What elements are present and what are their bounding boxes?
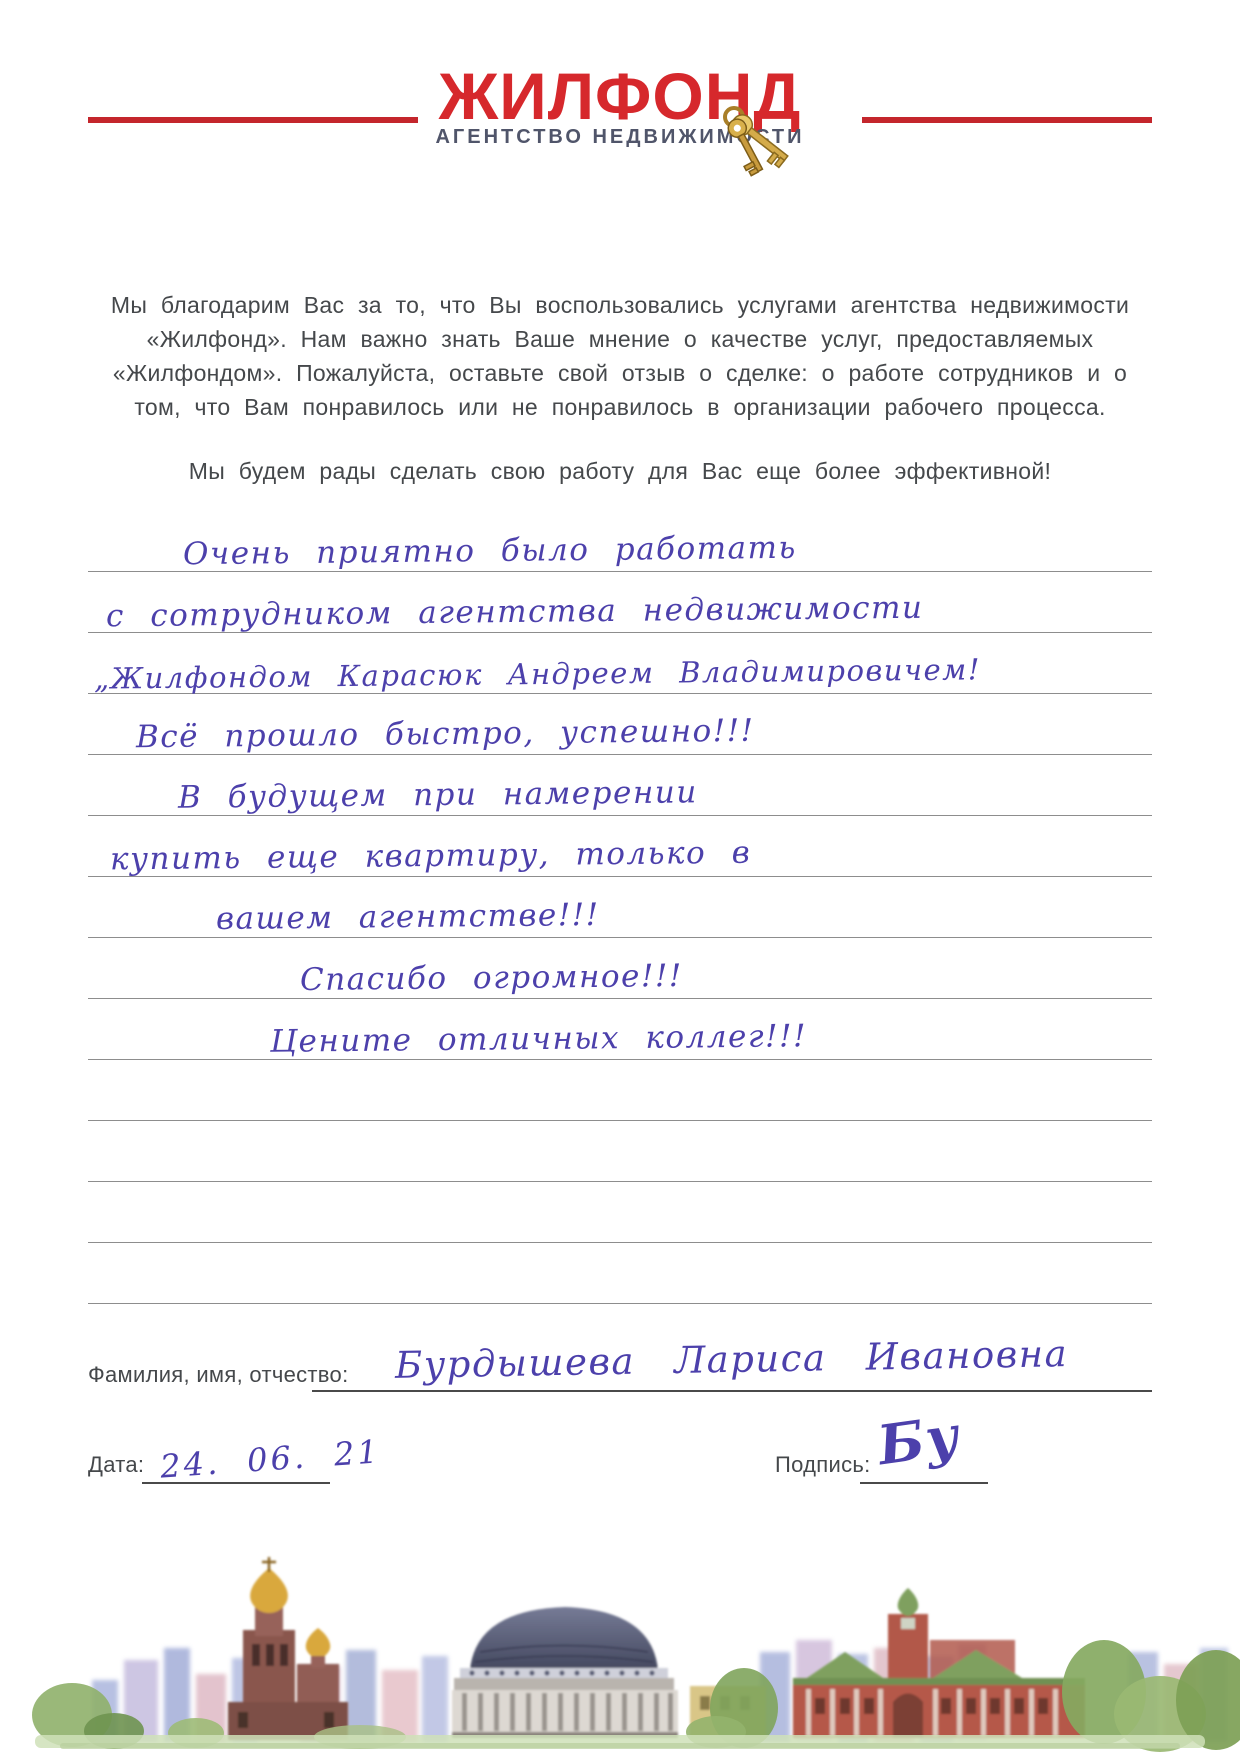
ruled-line: В будущем при намерении <box>88 755 1152 816</box>
handwritten-date: 24. 06. 21 <box>159 1432 382 1485</box>
ruled-line: Спасибо огромное!!! <box>88 938 1152 999</box>
ruled-line-empty <box>88 1060 1152 1121</box>
intro-line: «Жилфондом». Пожалуйста, оставьте свой о… <box>88 356 1152 390</box>
handwritten-review-line: „Жилфондом Карасюк Андреем Владимировиче… <box>94 652 981 695</box>
ground-wash-shadow <box>60 1743 1180 1749</box>
signature-field-label: Подпись: <box>775 1452 871 1478</box>
date-field-label: Дата: <box>88 1452 144 1478</box>
ruled-line-empty <box>88 1182 1152 1243</box>
name-field-underline <box>312 1390 1152 1392</box>
promise-line: Мы будем рады сделать свою работу для Ва… <box>88 458 1152 485</box>
intro-line: Мы благодарим Вас за то, что Вы воспольз… <box>88 288 1152 322</box>
ruled-line-empty <box>88 1121 1152 1182</box>
intro-line: «Жилфонд». Нам важно знать Ваше мнение о… <box>88 322 1152 356</box>
ruled-line: с сотрудником агентства недвижимости <box>88 572 1152 633</box>
handwritten-review-line: Цените отличных коллег!!! <box>270 1018 807 1060</box>
ruled-line: „Жилфондом Карасюк Андреем Владимировиче… <box>88 633 1152 694</box>
opera-house-dome <box>452 1607 678 1738</box>
intro-paragraph: Мы благодарим Вас за то, что Вы воспольз… <box>88 288 1152 424</box>
handwritten-review-line: с сотрудником агентства недвижимости <box>106 590 924 635</box>
red-station-building <box>793 1588 1085 1738</box>
brand-logo-text: ЖИЛФОНД <box>0 58 1240 134</box>
handwritten-review-line: вашем агентстве!!! <box>216 897 600 937</box>
brand-tagline: АГЕНТСТВО НЕДВИЖИМОСТИ <box>0 126 1240 149</box>
scanned-feedback-form: ЖИЛФОНД АГЕНТСТВО НЕДВИЖИМОСТИ Мы благод… <box>0 0 1240 1754</box>
gold-keys-icon <box>712 104 812 182</box>
name-field-label: Фамилия, имя, отчество: <box>88 1362 348 1388</box>
review-write-area: Очень приятно было работать с сотруднико… <box>88 511 1152 1304</box>
ruled-line: вашем агентстве!!! <box>88 877 1152 938</box>
ruled-line: Очень приятно было работать <box>88 511 1152 572</box>
ruled-line: купить еще квартиру, только в <box>88 816 1152 877</box>
handwritten-signature: Бу <box>874 1403 964 1478</box>
ruled-line: Цените отличных коллег!!! <box>88 999 1152 1060</box>
ruled-line-empty <box>88 1243 1152 1304</box>
church-gold-dome <box>228 1557 348 1740</box>
signature-field-underline <box>860 1482 988 1484</box>
handwritten-review-line: В будущем при намерении <box>178 774 698 815</box>
handwritten-review-line: Спасибо огромное!!! <box>300 958 683 998</box>
intro-line: том, что Вам понравилось или не понравил… <box>88 390 1152 424</box>
handwritten-review-line: купить еще квартиру, только в <box>110 835 751 878</box>
handwritten-review-line: Всё прошло быстро, успешно!!! <box>136 713 755 755</box>
novosibirsk-watercolor-skyline <box>0 1552 1240 1752</box>
handwritten-review-line: Очень приятно было работать <box>183 530 797 572</box>
ruled-line: Всё прошло быстро, успешно!!! <box>88 694 1152 755</box>
handwritten-name: Бурдышева Лариса Ивановна <box>395 1332 1069 1387</box>
